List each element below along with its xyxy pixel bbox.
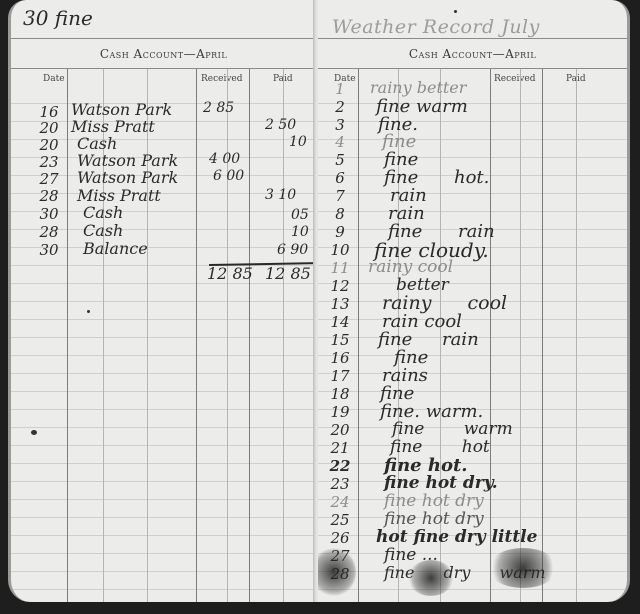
entry-paid: 10 bbox=[289, 134, 307, 150]
entry-date: 18 bbox=[326, 385, 354, 403]
entry-date: 8 bbox=[326, 205, 354, 223]
received-column-header: Received bbox=[494, 74, 536, 84]
entry-date: 5 bbox=[326, 151, 354, 169]
received-column-header: Received bbox=[201, 74, 243, 84]
entry-received: 6 00 bbox=[213, 168, 244, 184]
entry-date: 26 bbox=[326, 529, 354, 547]
entry-date: 16 bbox=[326, 349, 354, 367]
column-divider bbox=[67, 69, 68, 602]
weather-note: fine hot bbox=[390, 437, 490, 457]
column-divider bbox=[490, 69, 491, 602]
ink-blot bbox=[488, 548, 558, 588]
column-divider bbox=[576, 69, 577, 602]
entry-date: 25 bbox=[326, 511, 354, 529]
ink-blot bbox=[408, 560, 454, 596]
entry-date: 15 bbox=[326, 331, 354, 349]
ink-speck bbox=[31, 430, 37, 435]
right-page-printed-header: Cash Account—April bbox=[318, 38, 627, 69]
entry-date: 3 bbox=[326, 116, 354, 134]
weather-note: rainy cool bbox=[368, 257, 453, 277]
entry-date: 2 bbox=[326, 98, 354, 116]
date-column-header: Date bbox=[43, 74, 65, 84]
entry-date: 10 bbox=[326, 241, 354, 259]
entry-description: Watson Park bbox=[77, 168, 178, 187]
entry-date: 28 bbox=[35, 223, 63, 241]
entry-paid: 3 10 bbox=[265, 187, 296, 203]
entry-date: 23 bbox=[35, 153, 63, 171]
entry-date: 9 bbox=[326, 223, 354, 241]
column-divider bbox=[196, 69, 197, 602]
column-divider bbox=[147, 69, 148, 602]
entry-date: 14 bbox=[326, 313, 354, 331]
column-divider bbox=[249, 69, 250, 602]
ink-speck bbox=[87, 310, 90, 313]
column-divider bbox=[283, 69, 284, 602]
column-divider bbox=[227, 69, 228, 602]
entry-date: 17 bbox=[326, 367, 354, 385]
entry-date: 20 bbox=[35, 119, 63, 137]
left-page-top-note: 30 fine bbox=[23, 6, 93, 30]
entry-date: 30 bbox=[35, 205, 63, 223]
entry-date: 1 bbox=[326, 80, 354, 98]
entry-date: 19 bbox=[326, 403, 354, 421]
column-divider bbox=[358, 69, 359, 602]
entry-date: 20 bbox=[326, 421, 354, 439]
entry-description: Cash bbox=[83, 221, 123, 240]
entry-date: 11 bbox=[326, 259, 354, 277]
weather-note: fine warm bbox=[392, 419, 513, 439]
right-page-top-note: Weather Record July bbox=[332, 16, 540, 38]
notebook-spread: 30 fine Cash Account—April Date Received… bbox=[0, 0, 640, 614]
right-page: Weather Record July Cash Account—April D… bbox=[318, 0, 630, 602]
entry-paid: 05 bbox=[291, 207, 309, 223]
entry-paid: 2 50 bbox=[265, 117, 296, 133]
entry-date: 7 bbox=[326, 187, 354, 205]
entry-received: 4 00 bbox=[209, 151, 240, 167]
entry-date: 6 bbox=[326, 169, 354, 187]
ink-speck bbox=[454, 10, 457, 13]
entry-date: 23 bbox=[326, 475, 354, 493]
weather-note: fine hot dry bbox=[384, 509, 484, 529]
column-divider bbox=[542, 69, 543, 602]
entry-date: 22 bbox=[326, 457, 354, 475]
entry-date: 24 bbox=[326, 493, 354, 511]
entry-date: 4 bbox=[326, 133, 354, 151]
entry-paid: 6 90 bbox=[277, 242, 308, 258]
entry-date: 28 bbox=[35, 187, 63, 205]
column-divider bbox=[520, 69, 521, 602]
total-received: 12 85 bbox=[207, 264, 253, 283]
entry-date: 12 bbox=[326, 277, 354, 295]
weather-note: hot fine dry little bbox=[376, 527, 537, 547]
entry-description: Balance bbox=[83, 239, 148, 258]
entry-date: 20 bbox=[35, 136, 63, 154]
weather-note: fine hot dry. bbox=[384, 473, 498, 493]
weather-note: fine hot dry bbox=[384, 491, 484, 511]
left-page: 30 fine Cash Account—April Date Received… bbox=[8, 0, 316, 602]
entry-date: 27 bbox=[35, 170, 63, 188]
total-paid: 12 85 bbox=[265, 264, 311, 283]
entry-description: Cash bbox=[83, 203, 123, 222]
entry-date: 30 bbox=[35, 241, 63, 259]
entry-date: 21 bbox=[326, 439, 354, 457]
entry-date: 13 bbox=[326, 295, 354, 313]
entry-received: 2 85 bbox=[203, 100, 234, 116]
entry-paid: 10 bbox=[291, 224, 309, 240]
left-page-printed-header: Cash Account—April bbox=[11, 38, 316, 69]
weather-note: rainy better bbox=[370, 78, 466, 97]
